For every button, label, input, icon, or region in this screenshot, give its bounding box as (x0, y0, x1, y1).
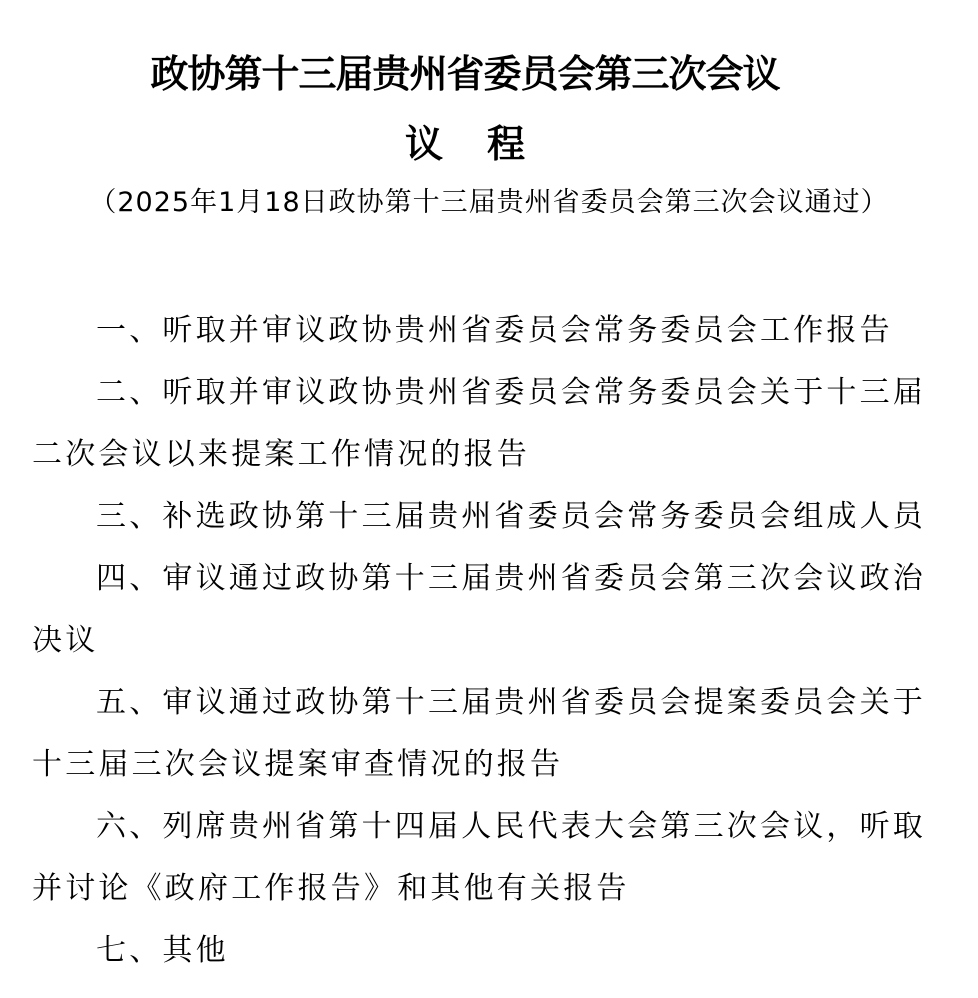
agenda-text: 列席贵州省第十四届人民代表大会第三次会议，听取 (162, 809, 926, 844)
agenda-item-4: 四、审议通过政协第十三届贵州省委员会第三次会议政治 (96, 559, 926, 599)
agenda-item-5: 五、审议通过政协第十三届贵州省委员会提案委员会关于 (96, 683, 926, 723)
agenda-text: 听取并审议政协贵州省委员会常务委员会关于十三届 (162, 375, 926, 410)
document-title: 政协第十三届贵州省委员会第三次会议 (0, 50, 930, 98)
agenda-item-6: 六、列席贵州省第十四届人民代表大会第三次会议，听取 (96, 807, 926, 847)
agenda-text: 审议通过政协第十三届贵州省委员会第三次会议政治 (162, 561, 926, 596)
document-heading: 议程 (0, 120, 930, 168)
agenda-number: 四、 (96, 561, 162, 596)
agenda-text: 其他 (162, 933, 228, 968)
agenda-text: 听取并审议政协贵州省委员会常务委员会工作报告 (162, 313, 892, 348)
agenda-item-6-continuation: 并讨论《政府工作报告》和其他有关报告 (32, 869, 630, 909)
agenda-item-7: 七、其他 (96, 931, 229, 971)
agenda-number: 一、 (96, 313, 162, 348)
agenda-number: 五、 (96, 685, 162, 720)
agenda-item-1: 一、听取并审议政协贵州省委员会常务委员会工作报告 (96, 311, 893, 351)
agenda-item-3: 三、补选政协第十三届贵州省委员会常务委员会组成人员 (96, 497, 926, 537)
agenda-item-2-continuation: 二次会议以来提案工作情况的报告 (32, 435, 530, 475)
agenda-item-5-continuation: 十三届三次会议提案审查情况的报告 (32, 745, 563, 785)
heading-part-1: 议 (405, 121, 443, 166)
agenda-item-4-continuation: 决议 (32, 621, 98, 661)
agenda-number: 七、 (96, 933, 162, 968)
agenda-text: 补选政协第十三届贵州省委员会常务委员会组成人员 (162, 499, 926, 534)
agenda-number: 三、 (96, 499, 162, 534)
agenda-item-2: 二、听取并审议政协贵州省委员会常务委员会关于十三届 (96, 373, 926, 413)
agenda-number: 二、 (96, 375, 162, 410)
document-subtitle: （2025年1月18日政协第十三届贵州省委员会第三次会议通过） (0, 183, 978, 223)
agenda-number: 六、 (96, 809, 162, 844)
agenda-text: 审议通过政协第十三届贵州省委员会提案委员会关于 (162, 685, 926, 720)
heading-part-2: 程 (487, 121, 525, 166)
